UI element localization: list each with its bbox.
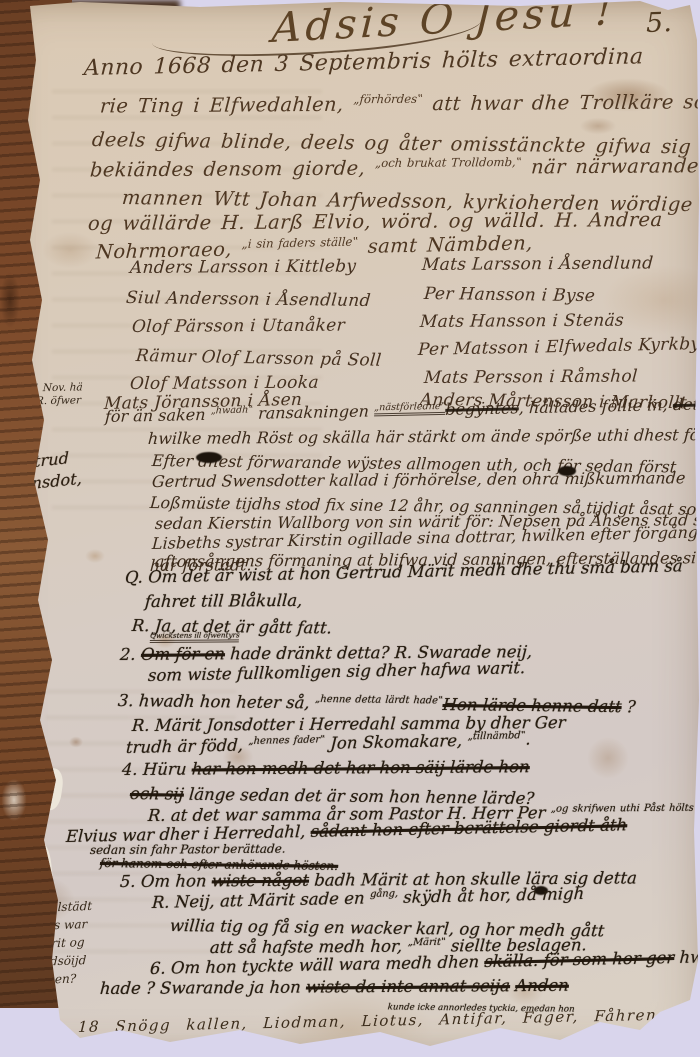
ink-blot — [558, 466, 576, 476]
inserted-underlined-text: Qwickstens ill öfwentyrs — [150, 630, 240, 643]
manuscript-line: og wällärde H. Larß Elvio, wörd. og wäll… — [87, 208, 663, 235]
text-segment: hwem — [674, 947, 700, 967]
inserted-text: „tillnämbd‟ — [467, 730, 525, 742]
struck-text: skälla. för som hor ger — [484, 948, 675, 971]
jury-member-name: Per Hansson i Byse — [423, 284, 596, 306]
struck-text: wiste da inte annat seija — [305, 976, 510, 996]
struck-text: Om för en — [140, 644, 225, 664]
text-segment: hwilke medh Röst og skälla här stärkt om… — [147, 425, 700, 448]
struck-text: begÿntes — [445, 398, 519, 419]
text-segment: sedan sin fahr Pastor berättade. — [90, 842, 287, 857]
text-segment: ? — [621, 697, 637, 716]
text-segment: hade ? Swarande ja hon — [99, 978, 306, 998]
inserted-text: „i sin faders ställe‟ — [241, 235, 358, 251]
text-segment: 3. hwadh hon heter så, — [117, 691, 316, 712]
text-segment: bekiändes densom giorde, — [89, 157, 375, 182]
inserted-underlined-text: „nästförledne‟ — [374, 401, 446, 416]
qa-line: 4. Hüru har hon medh det har hon säij lä… — [121, 757, 530, 779]
scanned-manuscript-page: Adsis O Jesu ! 5. Anno 1668 den 3 Septem… — [0, 0, 700, 1057]
inserted-text: „og skrifwen uthi Påst hölts åth‟ — [551, 803, 700, 815]
text-segment: att hwar dhe Trollkäre som — [422, 90, 700, 115]
text-segment: skÿdh åt hor, då migh — [398, 884, 585, 907]
struck-text: det at begynna — [672, 393, 700, 415]
inserted-text: „hwadh‟ — [211, 405, 254, 417]
text-segment: när närwarande Befallningz — [521, 153, 700, 178]
struck-text: och sij — [129, 784, 184, 804]
text-segment: rie Ting i Elfwedahlen, — [99, 93, 354, 118]
text-segment: 5. Om hon — [119, 871, 212, 891]
manuscript-line: rie Ting i Elfwedahlen, „förhördes‟ att … — [99, 90, 700, 118]
text-segment: 6. Om hon tyckte wäll wara medh dhen — [150, 952, 485, 978]
inserted-text: „förhördes‟ — [353, 92, 423, 106]
jury-member-name: Anders Larsson i Kittleby — [129, 256, 357, 278]
inserted-text: „hennes fader‟ — [248, 734, 325, 747]
text-segment: 2. — [119, 645, 141, 664]
jury-member-name: Per Matsson i Elfwedals Kyrkby — [418, 334, 700, 360]
text-segment: R. Neij, att Märit sade en — [152, 888, 371, 912]
text-segment: Jon Skomakare, — [325, 731, 468, 753]
jury-member-name: Siul Andersson i Åsendlund — [125, 288, 371, 311]
jury-member-name: Rämur Olof Larsson på Soll — [135, 346, 382, 371]
text-segment: 4. Hüru — [121, 760, 192, 779]
struck-text: wiste något — [211, 871, 309, 891]
jury-member-name: Olof Pärsson i Utanåker — [131, 316, 345, 337]
ink-blot — [196, 452, 222, 463]
text-segment: og wällärde H. Larß Elvio, wörd. og wäll… — [87, 208, 663, 235]
text-segment: , hållades föllie in, — [518, 395, 673, 417]
text-segment: Gertrud Swensdotter kallad i förhörelse,… — [151, 468, 686, 491]
invocation-header: Adsis O Jesu ! — [271, 0, 617, 52]
text-segment: . — [525, 730, 531, 749]
text-segment: trudh är född, — [126, 735, 249, 757]
text-segment: ransakningen — [253, 401, 375, 423]
manuscript-line: bekiändes densom giorde, „och brukat Tro… — [89, 153, 700, 182]
inserted-text: „och brukat Trolldomb,‟ — [375, 155, 523, 170]
jury-member-name: Mats Hansson i Stenäs — [419, 311, 624, 332]
inserted-text: „Märit‟ — [408, 937, 447, 948]
torn-manuscript-paper: Adsis O Jesu ! 5. Anno 1668 den 3 Septem… — [0, 0, 700, 1057]
qa-line: fahret till Blåkulla, — [144, 591, 303, 611]
signature-line: 18 Snögg kallen, Liodman, Liotus, Antifa… — [78, 1006, 664, 1036]
qa-line: hade ? Swarande ja hon wiste da inte ann… — [99, 976, 569, 998]
struck-text: har hon medh det har hon säij lärde hon — [191, 757, 530, 778]
jury-member-name: Mats Persson i Råmshol — [423, 367, 638, 388]
inserted-text: „henne detta lärdt hade‟ — [315, 694, 444, 707]
body-line: hwilke medh Röst og skälla här stärkt om… — [147, 425, 700, 448]
page-number: 5. — [645, 7, 672, 39]
text-segment: fahret till Blåkulla, — [144, 591, 303, 611]
inserted-text: gång, — [370, 888, 399, 900]
jury-member-name: Mats Larsson i Åsendlund — [421, 253, 654, 275]
body-line: Gertrud Swensdotter kallad i förhörelse,… — [151, 468, 686, 491]
struck-text: Anden — [515, 976, 570, 995]
qa-line: sedan sin fahr Pastor berättade. — [90, 842, 287, 857]
text-segment: för än saken — [105, 405, 212, 426]
